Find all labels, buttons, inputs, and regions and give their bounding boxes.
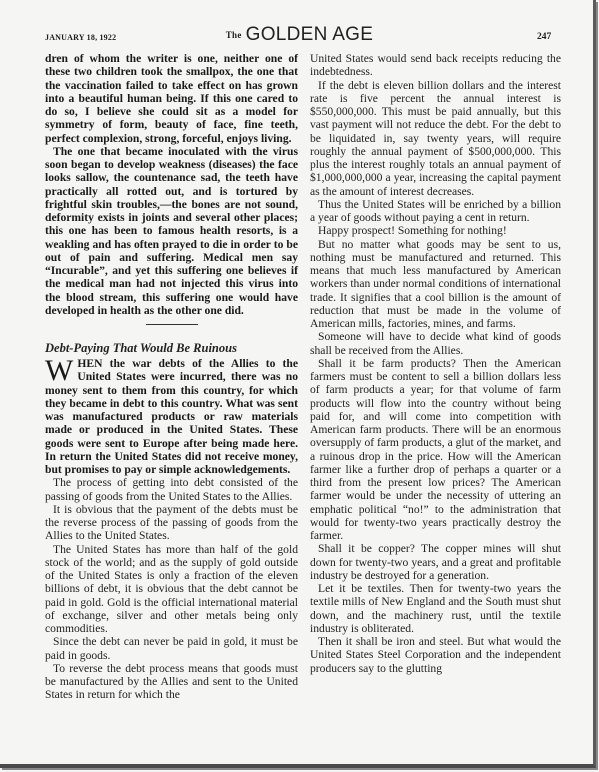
section-opening-paragraph: WHEN the war debts of the Allies to the … bbox=[45, 357, 298, 476]
page-number: 247 bbox=[537, 32, 551, 42]
paragraph: The United States has more than half of … bbox=[45, 543, 298, 636]
column-left: dren of whom the writer is one, neither … bbox=[45, 52, 298, 702]
masthead-title: GOLDEN AGE bbox=[246, 24, 374, 45]
masthead: TheGOLDEN AGE bbox=[0, 24, 599, 46]
masthead-prefix: The bbox=[226, 30, 242, 40]
section-heading: Debt-Paying That Would Be Ruinous bbox=[45, 341, 298, 356]
paragraph: Then it shall be iron and steel. But wha… bbox=[310, 635, 561, 675]
paragraph: But no matter what goods may be sent to … bbox=[310, 238, 561, 331]
magazine-page: JANUARY 18, 1922 TheGOLDEN AGE 247 dren … bbox=[0, 0, 596, 768]
drop-cap: W bbox=[45, 359, 73, 383]
paragraph: Shall it be copper? The copper mines wil… bbox=[310, 542, 561, 582]
paragraph: Someone will have to decide what kind of… bbox=[310, 330, 561, 357]
paragraph: The process of getting into debt consist… bbox=[45, 476, 298, 503]
paragraph: The one that became inoculated with the … bbox=[45, 145, 298, 317]
paragraph: Since the debt can never be paid in gold… bbox=[45, 635, 298, 662]
paragraph: To reverse the debt process means that g… bbox=[45, 662, 298, 702]
paragraph: United States would send back receipts r… bbox=[310, 52, 561, 79]
paragraph-text: HEN the war debts of the Allies to the U… bbox=[45, 357, 298, 476]
paragraph: Let it be textiles. Then for twenty-two … bbox=[310, 582, 561, 635]
paragraph: dren of whom the writer is one, neither … bbox=[45, 52, 298, 145]
section-divider bbox=[146, 324, 198, 325]
paragraph: Happy prospect! Something for nothing! bbox=[310, 224, 561, 237]
paragraph: Shall it be farm products? Then the Amer… bbox=[310, 357, 561, 543]
column-right: United States would send back receipts r… bbox=[310, 52, 561, 675]
paragraph: If the debt is eleven billion dollars an… bbox=[310, 79, 561, 198]
paragraph: Thus the United States will be enriched … bbox=[310, 198, 561, 225]
paragraph: It is obvious that the payment of the de… bbox=[45, 503, 298, 543]
